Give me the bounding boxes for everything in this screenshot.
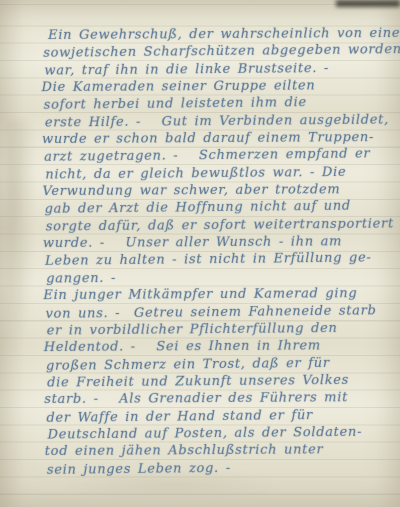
paper-stain bbox=[6, 120, 36, 360]
handwritten-line: Ein junger Mitkämpfer und Kamerad ging bbox=[43, 285, 396, 304]
letter-body: Ein Gewehrschuß, der wahrscheinlich von … bbox=[42, 24, 398, 478]
handwritten-line: Heldentod. - Sei es Ihnen in Ihrem bbox=[44, 337, 397, 356]
scan-edge-mark bbox=[336, 0, 400, 7]
letter-page: Ein Gewehrschuß, der wahrscheinlich von … bbox=[0, 0, 400, 507]
handwritten-line: sein junges Leben zog. - bbox=[47, 458, 398, 479]
